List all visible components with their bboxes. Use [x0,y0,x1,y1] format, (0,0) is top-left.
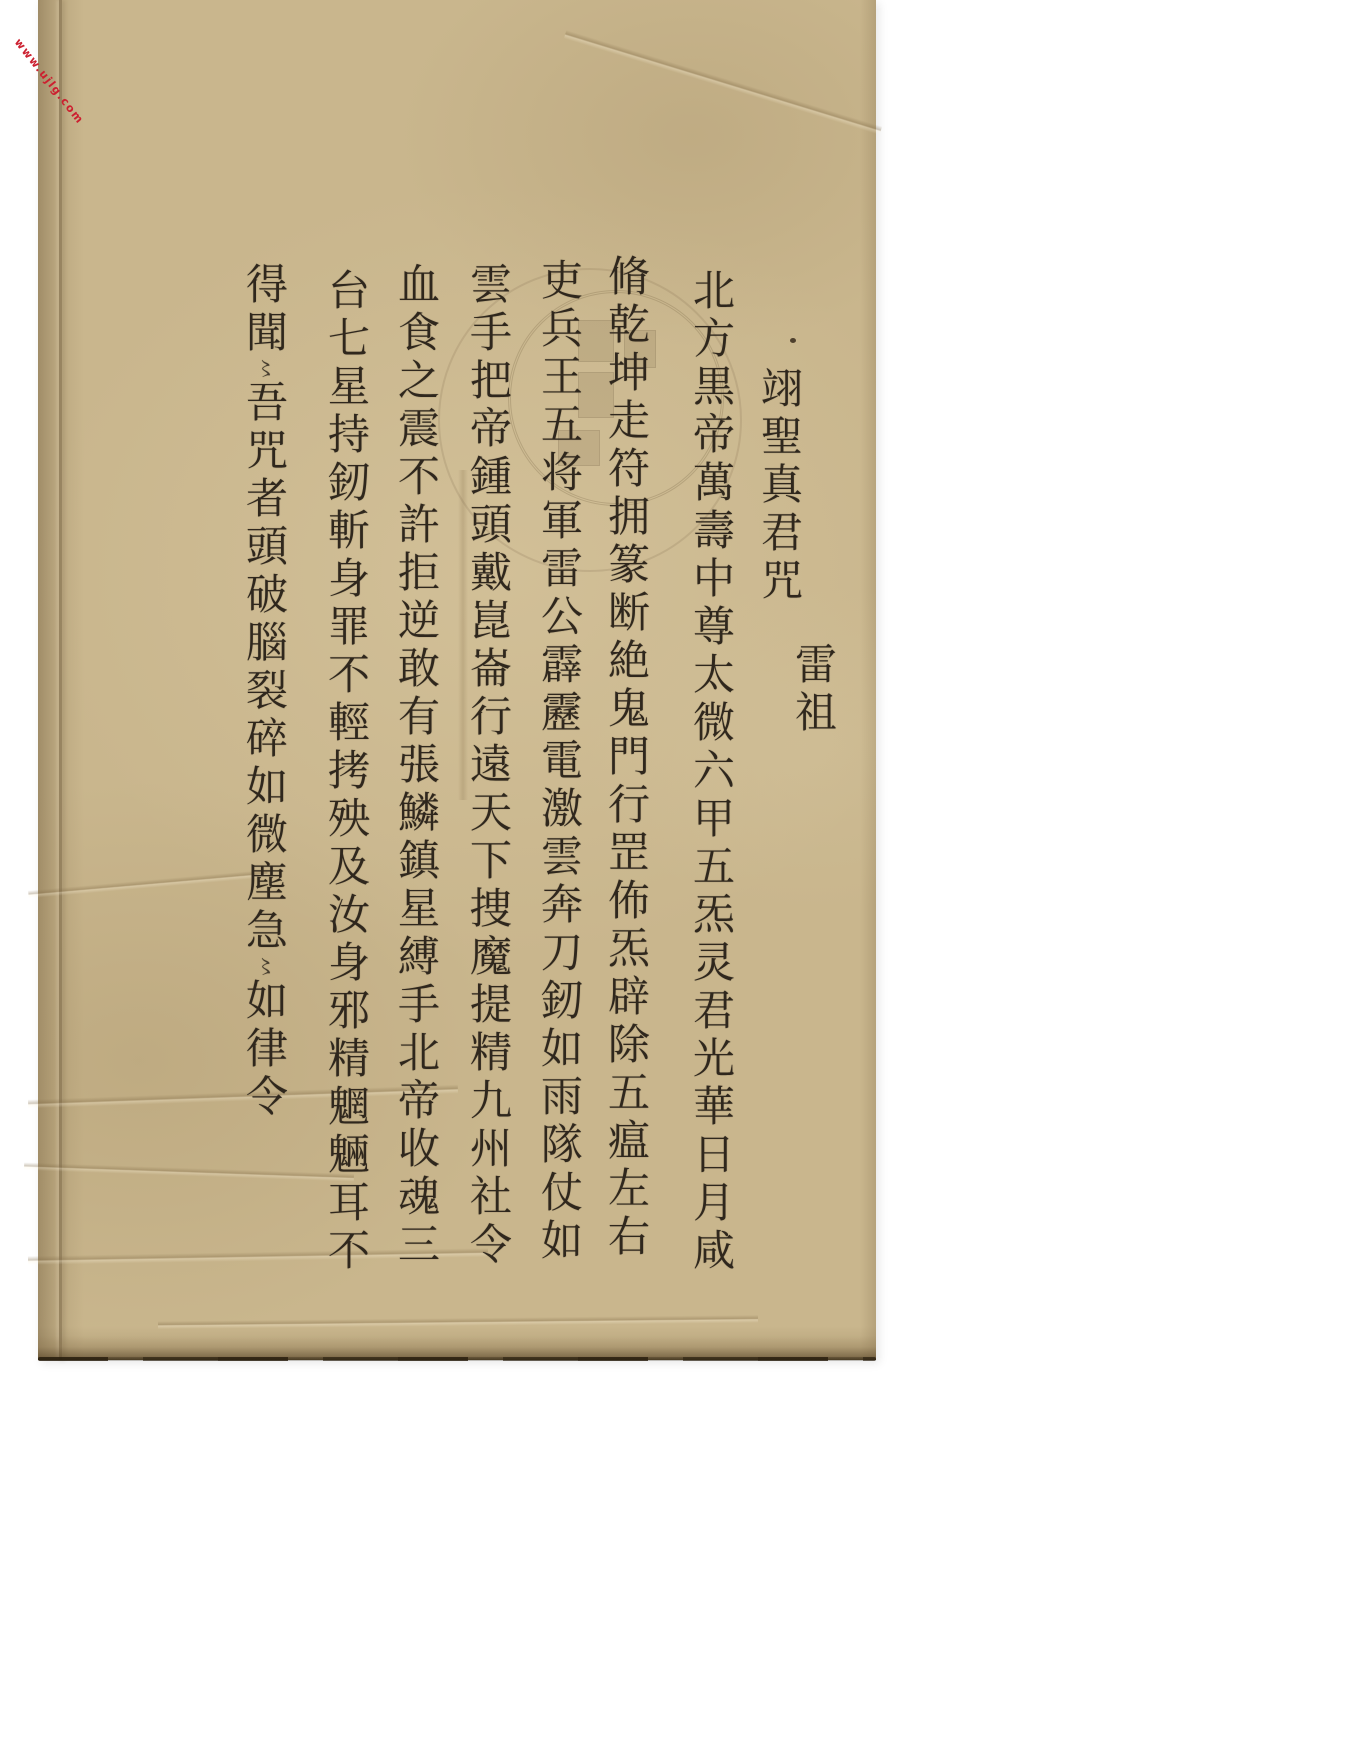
text-column-7: 得聞〻吾咒者頭破腦裂碎如微塵急〻如律令 [243,262,285,1122]
text-column-2: 脩乾坤走符拥篆断絶鬼門行罡佈炁辟除五瘟左右 [605,254,647,1262]
title-column: 翊聖真君咒 [758,366,800,606]
text-column-1: 北方黒帝萬壽中尊太微六甲五炁灵君光華日月咸 [690,268,732,1276]
text-column-4: 雲手把帝鍾頭戴崑崙行遠天下捜魔提精九州社令 [467,262,509,1270]
ink-speck [790,338,796,343]
text-column-5: 血食之震不許拒逆敢有張鱗鎮星縛手北帝收魂三 [395,262,437,1270]
subtitle-column: 雷祖 [792,642,834,738]
text-column-6: 台七星持釰斬身罪不輕拷殃及汝身邪精魍魎耳不 [325,268,367,1276]
paper-crease [158,1315,758,1329]
paper-bottom-edge [38,1357,876,1361]
binding-fold-line [59,0,62,1360]
paper-crease [28,870,268,899]
paper-crease [564,30,882,135]
text-column-3: 吏兵王五将軍雷公霹靂電激雲奔刀釰如雨隊仗如 [538,258,580,1266]
scanned-manuscript-page: 翊聖真君咒 雷祖 北方黒帝萬壽中尊太微六甲五炁灵君光華日月咸 脩乾坤走符拥篆断絶… [0,0,1360,1760]
paper-sheet: 翊聖真君咒 雷祖 北方黒帝萬壽中尊太微六甲五炁灵君光華日月咸 脩乾坤走符拥篆断絶… [38,0,876,1360]
paper-crease [24,1162,354,1182]
